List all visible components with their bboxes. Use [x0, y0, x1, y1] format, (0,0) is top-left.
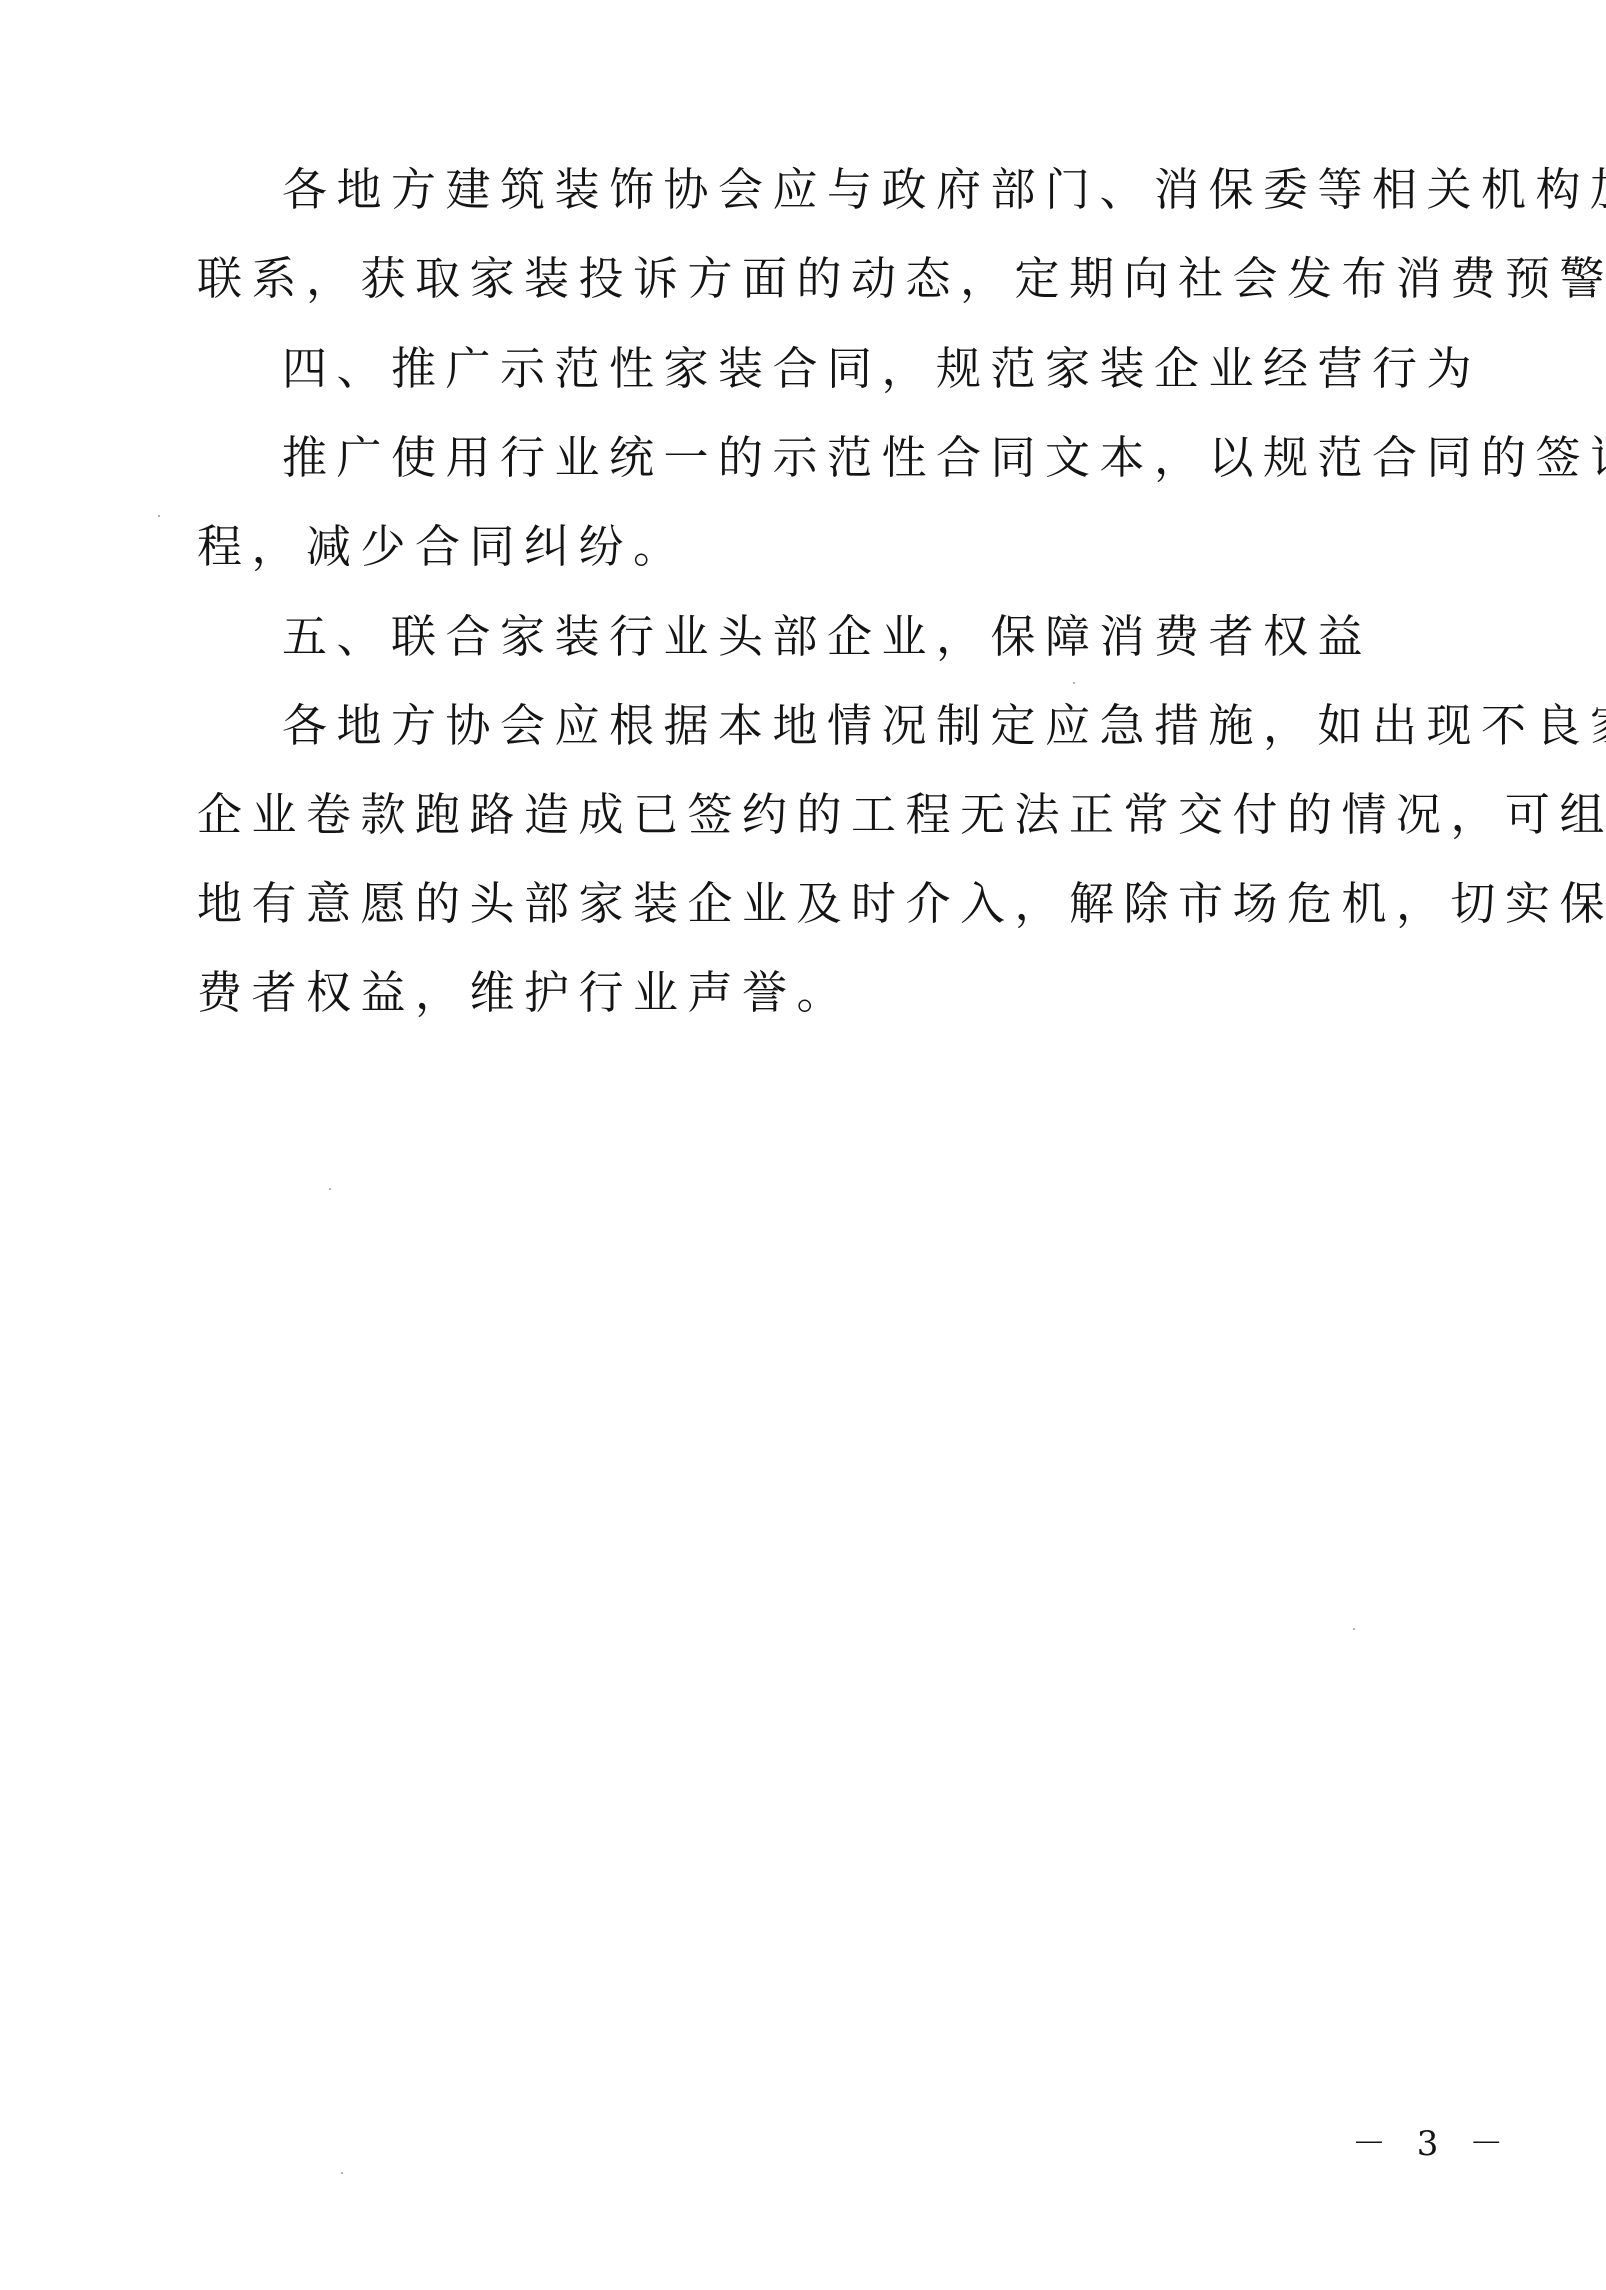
paragraph-line: 推广使用行业统一的示范性合同文本，以规范合同的签订过	[282, 428, 1606, 488]
paragraph-line: 各地方建筑装饰协会应与政府部门、消保委等相关机构加强	[282, 160, 1606, 220]
paragraph-line: 地有意愿的头部家装企业及时介入，解除市场危机，切实保障消	[197, 874, 1606, 934]
scan-speck	[1073, 682, 1075, 684]
scan-speck	[158, 515, 160, 517]
page-number: － 3 －	[1352, 2122, 1513, 2166]
paragraph-line: 企业卷款跑路造成已签约的工程无法正常交付的情况，可组织本	[197, 785, 1606, 845]
paragraph-line: 联系，获取家装投诉方面的动态，定期向社会发布消费预警。	[197, 249, 1606, 309]
scan-speck	[341, 2172, 343, 2174]
scan-speck	[1353, 1628, 1355, 1630]
section-heading-5: 五、联合家装行业头部企业，保障消费者权益	[282, 607, 1372, 667]
paragraph-line: 费者权益，维护行业声誉。	[197, 963, 851, 1023]
paragraph-line: 各地方协会应根据本地情况制定应急措施，如出现不良家装	[282, 696, 1606, 756]
scan-speck	[329, 1188, 331, 1190]
document-page: 各地方建筑装饰协会应与政府部门、消保委等相关机构加强 联系，获取家装投诉方面的动…	[0, 0, 1606, 2290]
section-heading-4: 四、推广示范性家装合同，规范家装企业经营行为	[282, 339, 1481, 399]
paragraph-line: 程，减少合同纠纷。	[197, 517, 688, 577]
